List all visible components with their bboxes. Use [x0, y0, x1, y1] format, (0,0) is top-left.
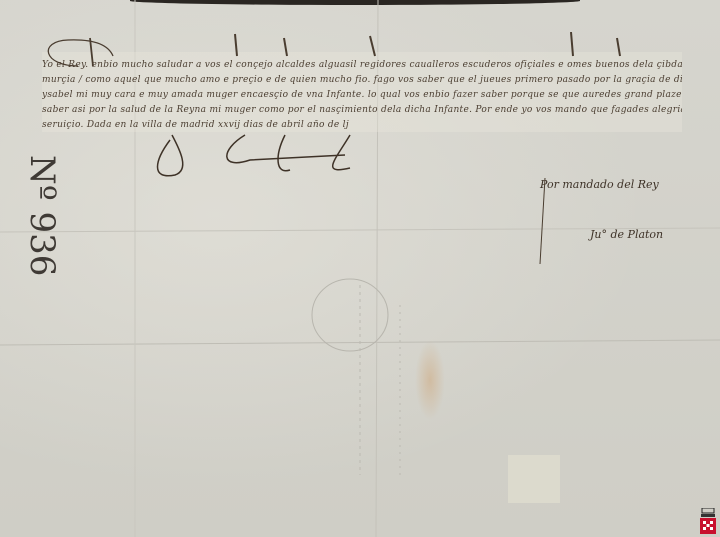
body-line: seruiçio. Dada en la villa de madrid xxv…: [42, 120, 682, 130]
countersign-line2: Ju° de Platon: [590, 228, 663, 241]
body-line: murçia / como aquel que mucho amo e preç…: [42, 75, 682, 85]
torn-top-edge: [130, 0, 580, 5]
coat-of-arms-logo: [699, 508, 717, 535]
letter-body: Yo el Rey. enbio mucho saludar a vos el …: [42, 52, 682, 132]
seal-impression: [310, 275, 410, 485]
countersign-stroke: [535, 176, 565, 266]
orange-stain: [415, 340, 445, 420]
body-line: ysabel mi muy cara e muy amada muger enc…: [42, 90, 682, 100]
body-line: saber asi por la salud de la Reyna mi mu…: [42, 105, 682, 115]
archive-number: Nº 936: [22, 155, 62, 276]
manuscript-page: Yo el Rey. enbio mucho saludar a vos el …: [0, 0, 720, 537]
ascender-strokes: [42, 32, 682, 62]
paper-repair-patch: [508, 455, 560, 503]
king-signature: Yo el Rey: [150, 130, 360, 190]
